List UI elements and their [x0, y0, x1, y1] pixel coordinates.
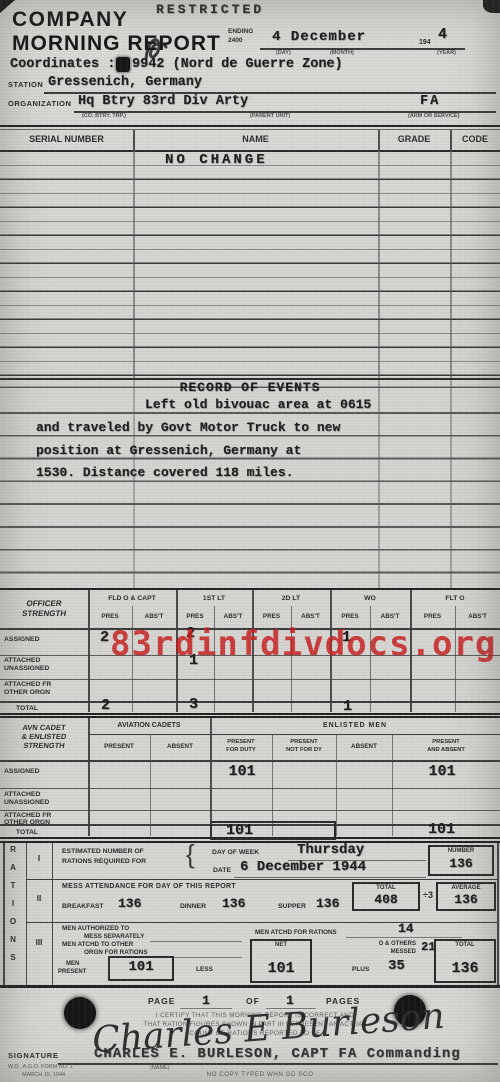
col-grade: GRADE — [378, 135, 450, 144]
col-absent: ABSENT — [150, 744, 210, 751]
brace: { — [186, 841, 195, 868]
corner-mark-top-right — [483, 0, 500, 13]
divider — [26, 922, 497, 923]
col-present-not-for-dy: NOT FOR DY — [272, 747, 336, 753]
sub-pres: PRES — [252, 614, 291, 621]
rations-letter: I — [5, 900, 21, 908]
col-present-and-absent: AND ABSENT — [392, 747, 500, 753]
enlisted-header-l2: & ENLISTED — [0, 733, 89, 741]
supper-label: SUPPER — [278, 903, 306, 910]
divider — [378, 130, 380, 152]
divider — [450, 152, 452, 378]
coordinates-value: 9942 (Nord de Guerre Zone) — [132, 58, 343, 72]
officer-strength-header-l1: OFFICER — [0, 600, 89, 608]
divider — [26, 879, 497, 880]
col-present-for-duty: PRESENT — [210, 739, 272, 745]
sub-pres: PRES — [88, 614, 132, 621]
rations-numeral-1: I — [27, 855, 51, 863]
ending-time: 2400 — [228, 38, 242, 45]
atchd-for-rations-value: 14 — [398, 922, 414, 936]
divider — [378, 380, 380, 590]
rations-numeral-2: II — [27, 895, 51, 903]
report-date-value: 4 December — [272, 30, 366, 45]
sub-abst: ABS'T — [132, 614, 176, 621]
row-label-attached: ATTACHED — [4, 791, 40, 798]
enlisted-header-l1: AVN CADET — [0, 724, 89, 732]
divider — [133, 152, 135, 378]
sub-abst: ABS'T — [455, 614, 500, 621]
breakfast-label: BREAKFAST — [62, 903, 104, 910]
officer-value: 1 — [343, 699, 352, 715]
blank-line — [180, 1008, 232, 1009]
dinner-value: 136 — [222, 897, 245, 911]
sub-abst: ABS'T — [370, 614, 410, 621]
divider — [0, 760, 500, 762]
atchd-for-rations-label: MEN ATCHD FOR RATIONS — [255, 930, 337, 937]
col-absent-enlisted: ABSENT — [336, 744, 392, 751]
number-label: NUMBER — [428, 848, 494, 854]
divide-by-three: ÷3 — [423, 891, 433, 900]
events-line1: Left old bivouac area at 0615 — [145, 398, 371, 412]
total-label: TOTAL — [352, 885, 420, 891]
divider — [52, 843, 53, 985]
row-label-assigned: ASSIGNED — [4, 636, 40, 643]
blank-line — [346, 937, 462, 938]
year-prefix: 194 — [419, 39, 431, 46]
enlisted-strength-table: AVN CADET & ENLISTED STRENGTH AVIATION C… — [0, 716, 500, 839]
row-label-other-orgn: OTHER ORGN — [4, 819, 50, 826]
col-code: CODE — [450, 135, 500, 144]
men-present-l1: MEN — [66, 961, 79, 967]
group-flt-o: FLT O — [410, 595, 500, 602]
divider — [210, 718, 212, 836]
group-2d-lt: 2D LT — [252, 595, 330, 602]
signature-underline — [58, 1063, 498, 1065]
estimated-label-l1: ESTIMATED NUMBER OF — [62, 848, 144, 855]
events-line4: 1530. Distance covered 118 miles. — [36, 466, 293, 480]
station-label: STATION — [8, 81, 43, 89]
mess-attendance-label: MESS ATTENDANCE FOR DAY OF THIS REPORT — [62, 883, 236, 890]
net-value: 101 — [250, 961, 312, 977]
enlisted-value: 101 — [214, 764, 270, 780]
day-of-week-label: DAY OF WEEK — [212, 849, 259, 856]
roster-body: NO CHANGE — [0, 152, 500, 378]
group-aviation-cadets: AVIATION CADETS — [88, 722, 210, 729]
date-value: 6 December 1944 — [240, 860, 366, 875]
form-title-line2: MORNING REPORT — [12, 33, 221, 55]
enlisted-value: 101 — [412, 764, 472, 780]
men-present-value: 101 — [108, 960, 174, 975]
rations-section: R A T I O N S I II III ESTIMATED NUMBER … — [0, 841, 500, 988]
officer-strength-header-l2: STRENGTH — [0, 610, 89, 618]
form-date: MARCH 15, 1944 — [22, 1073, 65, 1079]
page-label: PAGE — [148, 997, 175, 1006]
sub-abst: ABS'T — [291, 614, 330, 621]
divider — [88, 718, 90, 836]
divider — [133, 380, 135, 590]
divider — [0, 679, 500, 680]
events-line2: and traveled by Govt Motor Truck to new — [36, 421, 340, 435]
sub-pres: PRES — [176, 614, 214, 621]
of-label: OF — [246, 997, 260, 1006]
day-sublabel: (DAY) — [276, 51, 291, 57]
sub-pres: PRES — [330, 614, 370, 621]
plus-value: 35 — [388, 959, 405, 974]
divider — [26, 843, 27, 985]
others-messed-l2: MESSED — [346, 949, 416, 955]
enlisted-value: 101 — [226, 823, 253, 839]
group-1st-lt: 1ST LT — [176, 595, 252, 602]
row-label-unassigned: UNASSIGNED — [4, 799, 49, 806]
rations-numeral-3: III — [27, 939, 51, 947]
col-serial-number: SERIAL NUMBER — [0, 135, 133, 144]
blank-line — [234, 877, 426, 878]
name-sublabel: (NAME) — [150, 1066, 170, 1072]
signature-label: SIGNATURE — [8, 1052, 59, 1060]
signature-typed: CHARLES E. BURLESON, CAPT FA Commanding — [94, 1047, 461, 1062]
col-present-and-absent: PRESENT — [392, 739, 500, 745]
organization-label: ORGANIZATION — [8, 100, 71, 108]
mess-separately-l1: MEN AUTHORIZED TO — [62, 926, 129, 933]
page-number: 1 — [202, 994, 210, 1008]
divider — [0, 788, 500, 789]
col-present-not-for-dy: PRESENT — [272, 739, 336, 745]
rations-letter: T — [5, 882, 21, 890]
atchd-other-l1: MEN ATCHD TO OTHER — [62, 942, 133, 949]
day-of-week-value: Thursday — [297, 843, 364, 858]
total-label: TOTAL — [434, 942, 496, 948]
divider — [0, 810, 500, 811]
number-value: 136 — [428, 857, 494, 871]
officer-value: 2 — [100, 630, 109, 646]
bottom-note: NO COPY TYPED WHN GD SCO — [180, 1072, 340, 1079]
col-name: NAME — [133, 135, 378, 144]
row-label-total: TOTAL — [16, 705, 38, 712]
sub-pres: PRES — [410, 614, 455, 621]
coordinates-label: Coordinates : — [10, 58, 115, 72]
net-label: NET — [250, 942, 312, 948]
row-label-assigned: ASSIGNED — [4, 768, 40, 775]
plus-label: PLUS — [352, 967, 369, 974]
divider — [378, 152, 380, 378]
supper-value: 136 — [316, 897, 339, 911]
dinner-label: DINNER — [180, 903, 206, 910]
rations-letter: A — [5, 864, 21, 872]
row-label-other-orgn: OTHER ORGN — [4, 689, 50, 696]
row-label-unassigned: UNASSIGNED — [4, 665, 49, 672]
divider — [450, 130, 452, 152]
sub-abst: ABS'T — [214, 614, 252, 621]
morning-report-page: RESTRICTED COMPANY MORNING REPORT ENDING… — [0, 0, 500, 1082]
events-title: RECORD OF EVENTS — [130, 381, 370, 395]
arm-value: FA — [420, 95, 440, 109]
others-messed-l1: O & OTHERS — [346, 941, 416, 947]
divider — [450, 380, 452, 590]
organization-value: Hq Btry 83rd Div Arty — [78, 95, 248, 109]
divider — [0, 701, 500, 703]
org-sublabel-left: (CO. BTRY. TRP.) — [82, 114, 126, 120]
blank-line — [150, 941, 242, 942]
officer-value: 3 — [189, 697, 198, 713]
average-label: AVERAGE — [436, 885, 496, 891]
average-value: 136 — [436, 893, 496, 907]
mess-separately-l2: MESS SEPARATELY — [84, 934, 144, 941]
events-line3: position at Gressenich, Germany at — [36, 444, 301, 458]
row-label-attached-fr: ATTACHED FR — [4, 681, 51, 688]
rations-letter: O — [5, 918, 21, 926]
ink-blot — [116, 57, 130, 72]
year-value: 4 — [438, 27, 447, 43]
roster-entry: NO CHANGE — [165, 153, 268, 168]
rations-letter: N — [5, 936, 21, 944]
less-label: LESS — [196, 967, 213, 974]
arm-sublabel: (ARM OR SERVICE) — [408, 114, 460, 120]
archive-watermark: 83rdinfdivdocs.org — [110, 624, 496, 664]
officer-value: 2 — [101, 698, 110, 714]
divider — [133, 130, 135, 152]
group-enlisted-men: ENLISTED MEN — [210, 722, 500, 729]
men-present-l2: PRESENT — [58, 969, 86, 975]
org-sublabel-mid: (PARENT UNIT) — [250, 114, 290, 120]
rations-letter: R — [5, 846, 21, 854]
form-number: W.D., A.G.O. FORM NO. 1 — [8, 1065, 73, 1071]
rations-total-value: 136 — [434, 961, 496, 977]
enlisted-value: 101 — [428, 822, 455, 838]
estimated-label-l2: RATIONS REQUIRED FOR — [62, 858, 146, 865]
record-of-events: RECORD OF EVENTS Left old bivouac area a… — [0, 378, 500, 588]
rations-letter: S — [5, 954, 21, 962]
divider — [88, 590, 90, 712]
col-present-for-duty: FOR DUTY — [210, 747, 272, 753]
breakfast-value: 136 — [118, 897, 141, 911]
divider — [497, 843, 499, 985]
year-sublabel: (YEAR) — [437, 51, 456, 57]
month-sublabel: (MONTH) — [330, 51, 354, 57]
date-label: DATE — [213, 867, 231, 874]
station-value: Gressenich, Germany — [48, 76, 202, 90]
total-value: 408 — [352, 893, 420, 907]
group-fldo-capt: FLD O & CAPT — [88, 595, 176, 602]
classification-stamp: RESTRICTED — [150, 3, 270, 17]
col-present: PRESENT — [88, 744, 150, 751]
row-label-attached: ATTACHED — [4, 657, 40, 664]
group-wo: WO — [330, 595, 410, 602]
row-label-total: TOTAL — [16, 829, 38, 836]
enlisted-header-l3: STRENGTH — [0, 742, 89, 750]
roster-header: SERIAL NUMBER NAME GRADE CODE — [0, 130, 500, 152]
corner-mark-top-left — [0, 0, 15, 13]
divider — [88, 734, 500, 735]
form-title-line1: COMPANY — [12, 9, 128, 31]
ending-label: ENDING — [228, 29, 253, 36]
